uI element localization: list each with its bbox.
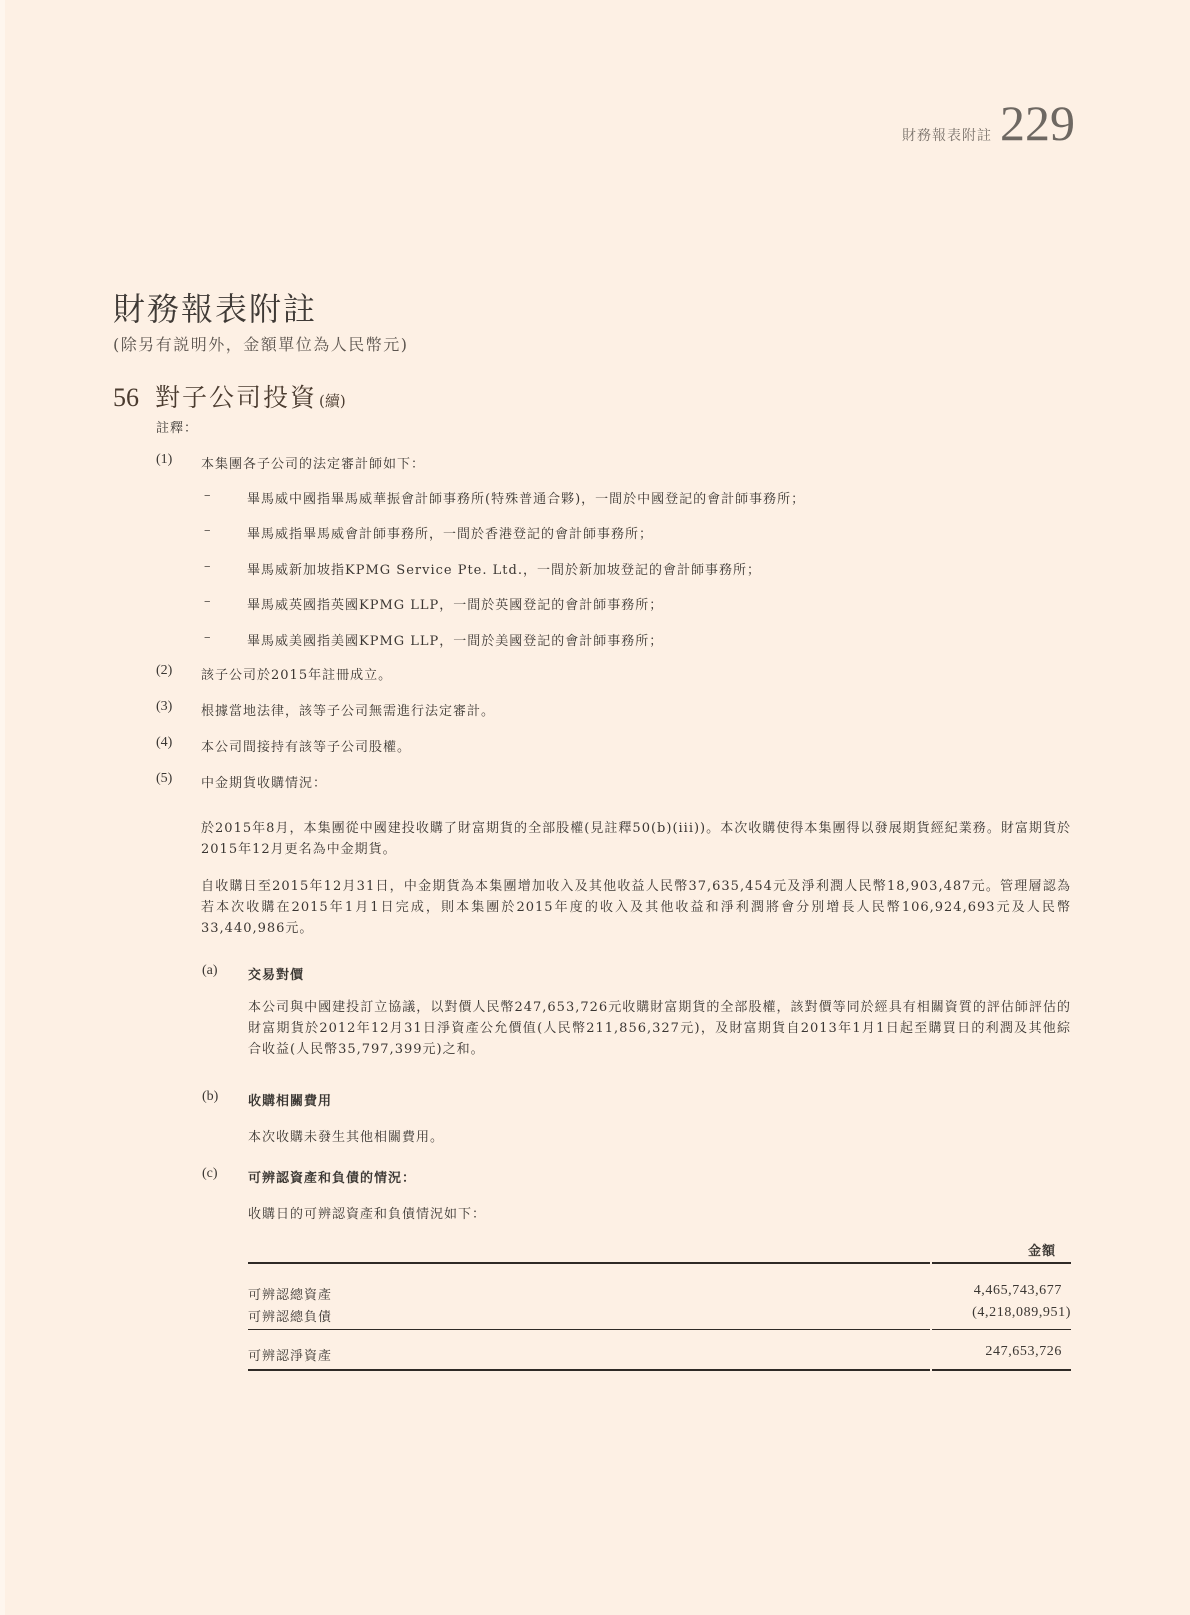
subsection-label: (c) [202,1166,218,1182]
note-label: (4) [156,735,172,751]
table-total-rule [248,1369,930,1371]
page-edge [0,0,5,1615]
bullet-item: 畢馬威美國指美國KPMG LLP，一間於美國登記的會計師事務所； [247,630,663,649]
note-text: 中金期貨收購情況： [201,772,327,791]
note-label: (2) [156,663,172,679]
subsection-text: 本次收購未發生其他相關費用。 [248,1126,444,1145]
bullet-dash: – [204,594,211,609]
subsection-label: (b) [202,1089,218,1105]
notes-label: 註釋： [156,417,198,436]
row-label: 可辨認總負債 [248,1306,332,1325]
bullet-item: 畢馬威指畢馬威會計師事務所，一間於香港登記的會計師事務所； [247,523,653,542]
subsection-text: 本公司與中國建投訂立協議，以對價人民幣247,653,726元收購財富期貨的全部… [248,997,1071,1060]
subsection-text: 收購日的可辨認資產和負債情況如下： [248,1203,486,1222]
bullet-dash: – [204,488,211,503]
note-text: 本公司間接持有該等子公司股權。 [201,736,411,755]
paragraph: 於2015年8月，本集團從中國建投收購了財富期貨的全部股權(見註釋50(b)(i… [201,818,1071,860]
total-amount: 247,653,726 [985,1344,1062,1360]
table-header-rule [932,1262,1071,1264]
bullet-item: 畢馬威英國指英國KPMG LLP，一間於英國登記的會計師事務所； [247,594,663,613]
note-text: 根據當地法律，該等子公司無需進行法定審計。 [201,700,495,719]
subsection-title: 可辨認資產和負債的情況： [248,1167,416,1186]
note-label: (3) [156,699,172,715]
table-subtotal-rule [248,1329,930,1330]
note-label: (5) [156,771,172,787]
note-text: 本集團各子公司的法定審計師如下： [201,453,425,472]
note-text: 該子公司於2015年註冊成立。 [201,664,392,683]
bullet-item: 畢馬威新加坡指KPMG Service Pte. Ltd.，一間於新加坡登記的會… [247,559,761,578]
subsection-title: 收購相關費用 [248,1090,332,1109]
section-number: 56 [113,383,139,413]
paragraph: 自收購日至2015年12月31日，中金期貨為本集團增加收入及其他收益人民幣37,… [201,876,1071,939]
running-head-title: 財務報表附註 [902,125,992,145]
total-label: 可辨認淨資產 [248,1345,332,1364]
bullet-item: 畢馬威中國指畢馬威華振會計師事務所(特殊普通合夥)，一間於中國登記的會計師事務所… [247,488,805,507]
table-subtotal-rule [932,1329,1071,1330]
bullet-dash: – [204,523,211,538]
running-head: 財務報表附註 229 [902,98,1075,148]
note-label: (1) [156,452,172,468]
table-total-rule [932,1369,1071,1371]
section-title: 對子公司投資 [155,378,317,414]
bullet-dash: – [204,559,211,574]
subsection-title: 交易對價 [248,964,304,983]
bullet-dash: – [204,630,211,645]
page-subtitle: (除另有説明外，金額單位為人民幣元) [113,332,409,355]
row-label: 可辨認總資產 [248,1284,332,1303]
row-amount: 4,465,743,677 [974,1283,1062,1299]
table-column-header: 金額 [1028,1240,1056,1259]
section-heading: 56 對子公司投資 (續) [113,378,346,414]
section-continued: (續) [319,390,346,411]
page-number: 229 [1000,98,1075,148]
row-amount: (4,218,089,951) [972,1305,1071,1321]
page-title: 財務報表附註 [113,284,317,330]
table-header-rule [248,1262,930,1264]
subsection-label: (a) [202,963,218,979]
